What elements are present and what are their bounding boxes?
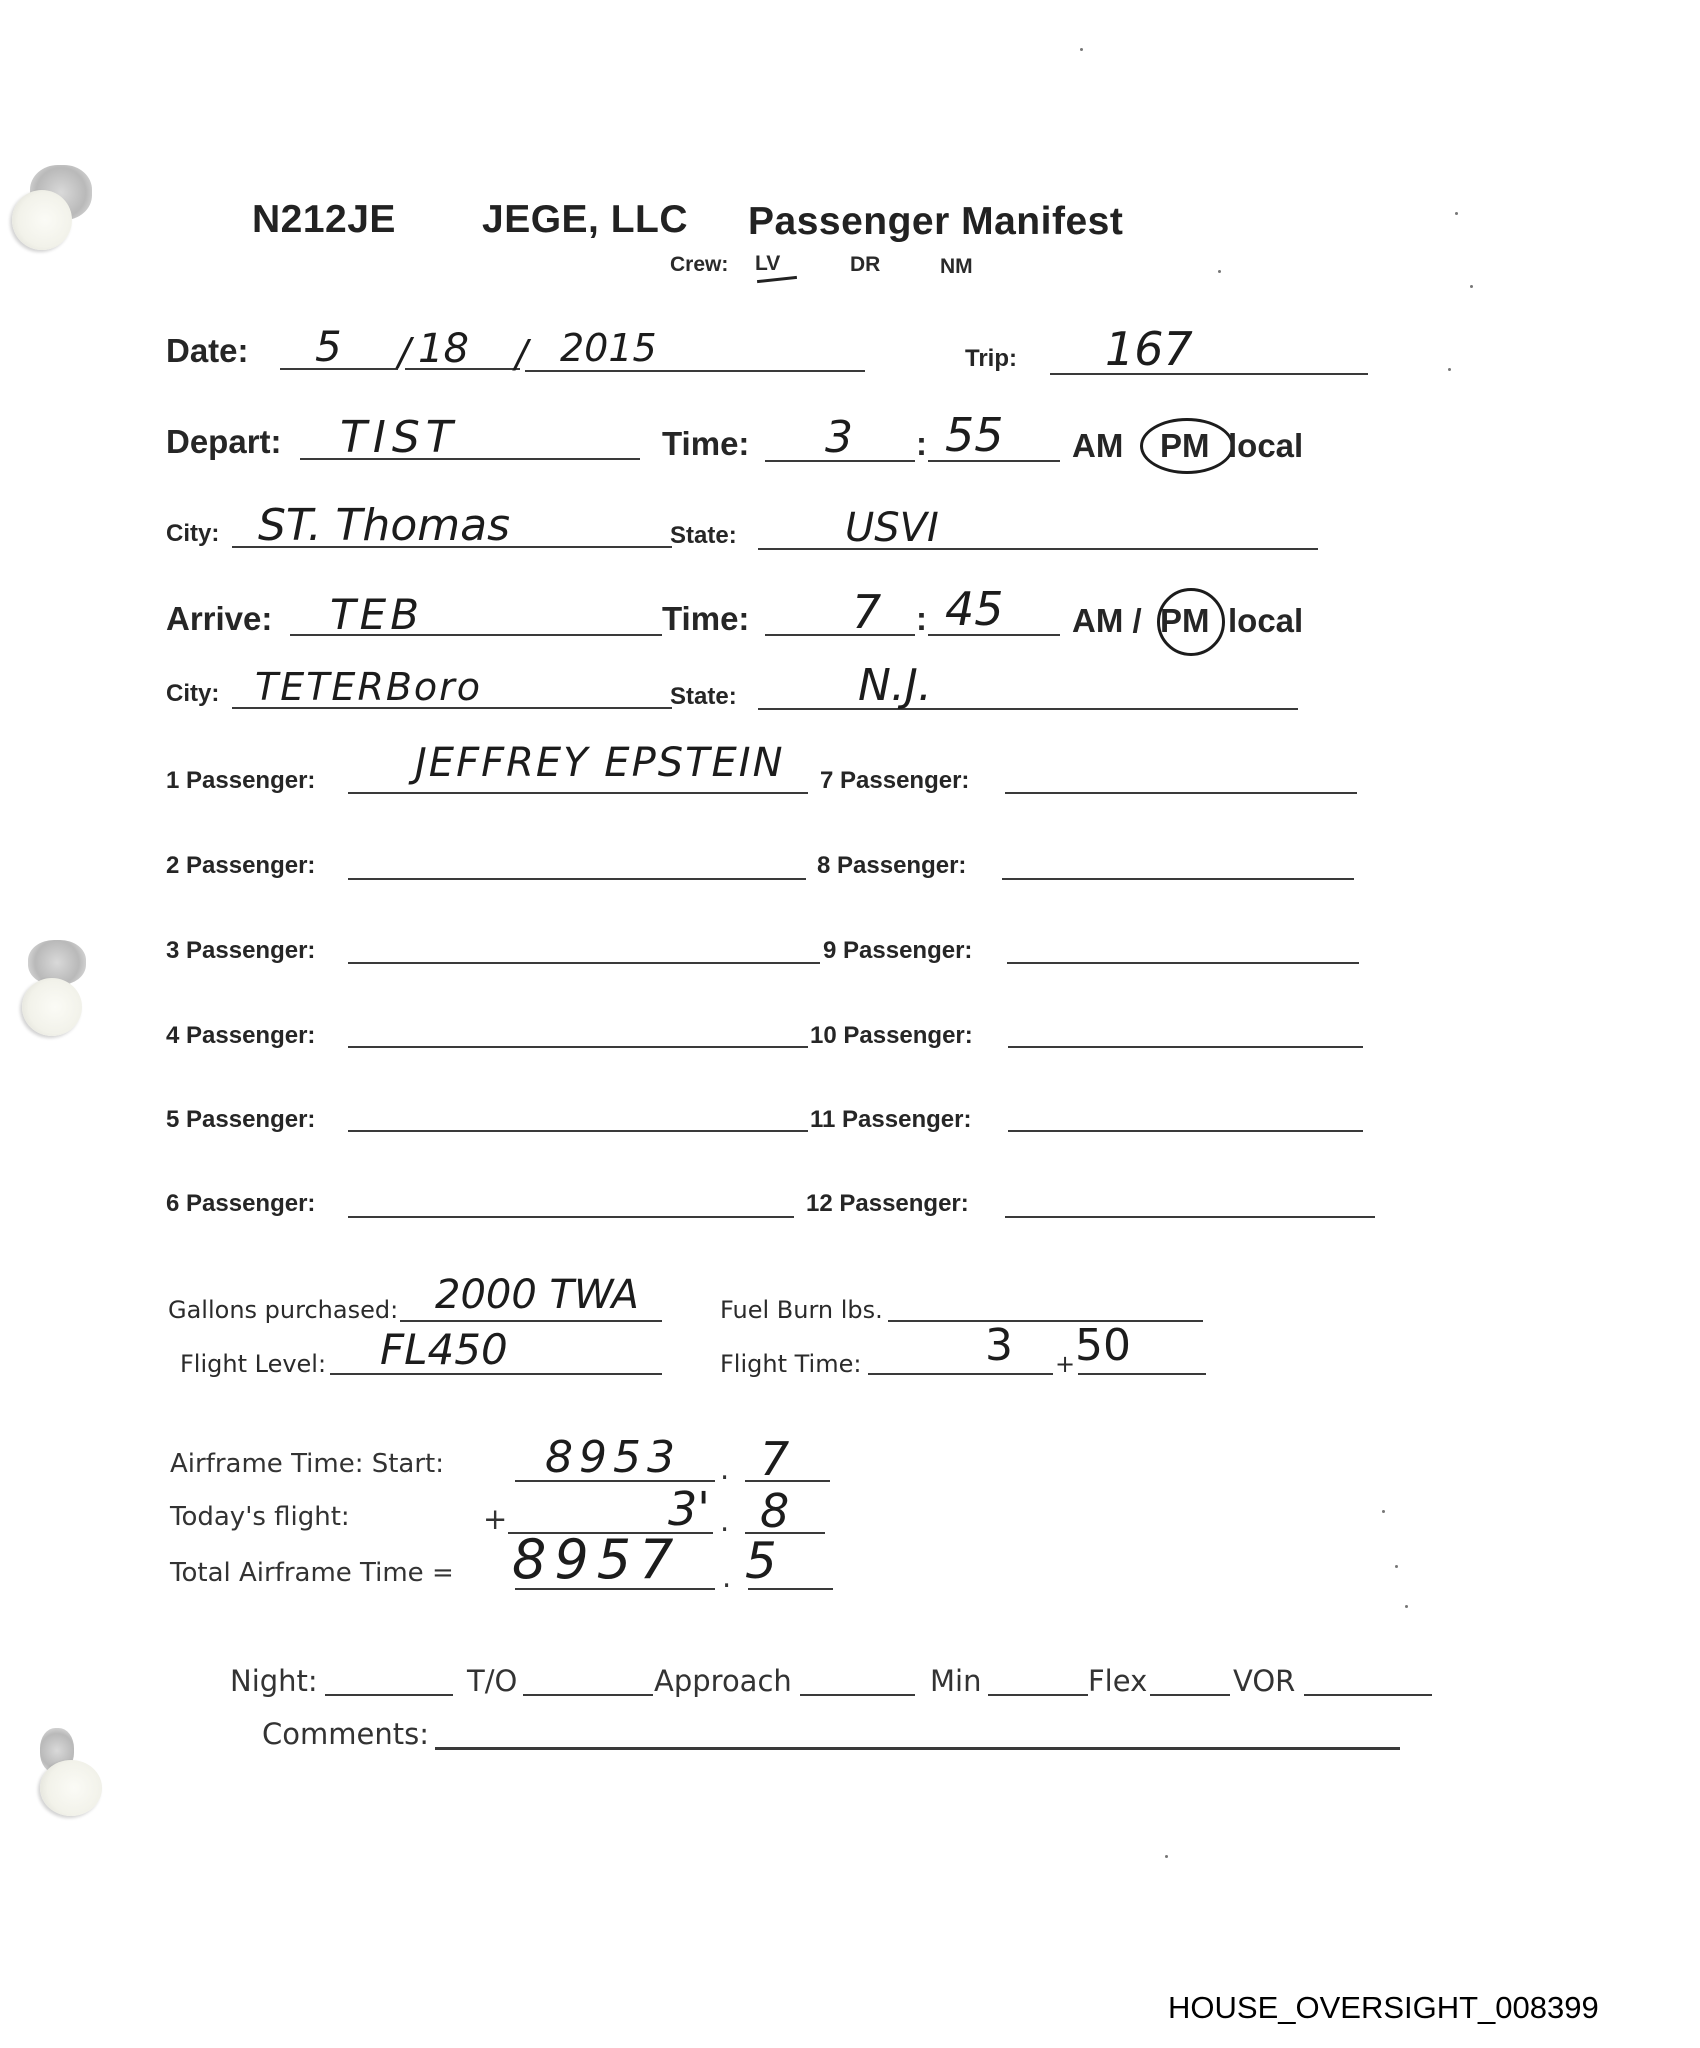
crew-option-dr[interactable]: DR xyxy=(850,253,880,277)
passenger-2-line[interactable] xyxy=(348,878,806,880)
passenger-9-line[interactable] xyxy=(1007,962,1359,964)
depart-state-label: State: xyxy=(670,522,737,550)
depart-pm-selected-circle xyxy=(1140,418,1234,474)
passenger-11-label: 11 Passenger: xyxy=(810,1106,971,1134)
night-label: Night: xyxy=(230,1664,318,1698)
scan-speck xyxy=(1448,368,1451,371)
flight-level-label: Flight Level: xyxy=(180,1350,326,1378)
arrive-pm-selected-circle xyxy=(1157,588,1225,656)
passenger-6-label: 6 Passenger: xyxy=(166,1190,315,1218)
depart-minute-value: 55 xyxy=(945,408,1004,462)
arrive-city-value: TETERBoro xyxy=(255,665,482,709)
airframe-start-label: Airframe Time: Start: xyxy=(170,1449,444,1479)
depart-time-label: Time: xyxy=(662,425,749,463)
min-label: Min xyxy=(930,1664,981,1698)
todays-flight-plus: + xyxy=(483,1502,507,1536)
passenger-6-line[interactable] xyxy=(348,1216,794,1218)
scan-speck xyxy=(1395,1565,1398,1568)
arrive-label: Arrive: xyxy=(166,600,272,638)
fuel-burn-line[interactable] xyxy=(888,1320,1203,1322)
arrive-state-value: N.J. xyxy=(858,660,932,711)
passenger-1-line[interactable] xyxy=(348,792,808,794)
vor-line[interactable] xyxy=(1304,1694,1432,1696)
passenger-7-label: 7 Passenger: xyxy=(820,767,969,795)
vor-label: VOR xyxy=(1233,1664,1295,1698)
arrive-time-colon: : xyxy=(916,600,927,638)
depart-local-label: local xyxy=(1228,427,1303,465)
date-year-line[interactable] xyxy=(525,370,865,372)
date-day-value: 18 xyxy=(418,326,469,372)
total-airframe-decimal: . xyxy=(722,1560,731,1594)
depart-state-line[interactable] xyxy=(758,548,1318,550)
flex-label: Flex xyxy=(1088,1664,1147,1698)
flight-time-minutes-value: 50 xyxy=(1075,1320,1131,1371)
depart-city-label: City: xyxy=(166,520,219,548)
to-label: T/O xyxy=(467,1664,517,1698)
trip-line[interactable] xyxy=(1050,373,1368,375)
flight-time-minutes-line[interactable] xyxy=(1078,1373,1206,1375)
total-airframe-label: Total Airframe Time = xyxy=(170,1558,454,1588)
hole-punch-bottom xyxy=(40,1760,102,1816)
scan-speck xyxy=(1218,270,1221,273)
todays-flight-decimal: . xyxy=(720,1504,729,1538)
arrive-local-label: local xyxy=(1228,602,1303,640)
gallons-line[interactable] xyxy=(400,1320,662,1322)
approach-line[interactable] xyxy=(800,1694,915,1696)
flight-time-hours-line[interactable] xyxy=(868,1373,1053,1375)
passenger-12-line[interactable] xyxy=(1005,1216,1375,1218)
night-line[interactable] xyxy=(325,1694,453,1696)
arrive-value: TEB xyxy=(330,590,423,639)
passenger-8-label: 8 Passenger: xyxy=(817,852,966,880)
scan-speck xyxy=(1455,212,1458,215)
passenger-9-label: 9 Passenger: xyxy=(823,937,972,965)
passenger-8-line[interactable] xyxy=(1002,878,1354,880)
passenger-4-label: 4 Passenger: xyxy=(166,1022,315,1050)
fuel-burn-label: Fuel Burn lbs. xyxy=(720,1296,883,1324)
todays-flight-label: Today's flight: xyxy=(170,1502,350,1532)
scan-speck xyxy=(1405,1605,1408,1608)
scan-speck xyxy=(1080,48,1083,51)
flight-time-label: Flight Time: xyxy=(720,1350,861,1378)
arrive-minute-value: 45 xyxy=(945,582,1004,636)
passenger-1-label: 1 Passenger: xyxy=(166,767,315,795)
depart-hour-value: 3 xyxy=(825,412,853,463)
company-name: JEGE, LLC xyxy=(482,198,688,242)
todays-flight-tenth-value: 8 xyxy=(760,1484,789,1538)
scan-speck xyxy=(1382,1510,1385,1513)
passenger-10-label: 10 Passenger: xyxy=(810,1022,973,1050)
crew-option-nm[interactable]: NM xyxy=(940,255,973,279)
trip-label: Trip: xyxy=(965,345,1017,373)
passenger-3-line[interactable] xyxy=(348,962,820,964)
flight-level-value: FL450 xyxy=(380,1325,508,1374)
arrive-state-line[interactable] xyxy=(758,708,1298,710)
passenger-4-line[interactable] xyxy=(348,1046,808,1048)
crew-label: Crew: xyxy=(670,253,728,277)
bates-number: HOUSE_OVERSIGHT_008399 xyxy=(1168,1990,1599,2026)
scan-speck xyxy=(1470,285,1473,288)
date-year-value: 2015 xyxy=(560,326,657,370)
arrive-time-label: Time: xyxy=(662,600,749,638)
flex-line[interactable] xyxy=(1150,1694,1230,1696)
passenger-12-label: 12 Passenger: xyxy=(806,1190,969,1218)
date-label: Date: xyxy=(166,332,249,370)
comments-label: Comments: xyxy=(262,1717,429,1751)
date-month-value: 5 xyxy=(315,322,342,371)
passenger-5-label: 5 Passenger: xyxy=(166,1106,315,1134)
passenger-11-line[interactable] xyxy=(1008,1130,1363,1132)
approach-label: Approach xyxy=(654,1664,792,1698)
gallons-label: Gallons purchased: xyxy=(168,1296,398,1324)
passenger-3-label: 3 Passenger: xyxy=(166,937,315,965)
depart-city-value: ST. Thomas xyxy=(258,500,510,551)
passenger-5-line[interactable] xyxy=(348,1130,808,1132)
min-line[interactable] xyxy=(988,1694,1088,1696)
arrive-am-option[interactable]: AM / xyxy=(1072,602,1142,640)
total-airframe-whole-value: 8957 xyxy=(512,1528,681,1591)
hole-punch-top xyxy=(12,190,72,250)
tail-number: N212JE xyxy=(252,198,396,242)
depart-label: Depart: xyxy=(166,423,282,461)
airframe-start-whole-value: 8953 xyxy=(545,1432,681,1483)
hole-punch-middle xyxy=(22,978,82,1036)
flight-time-hours-value: 3 xyxy=(985,1320,1013,1371)
crew-selected-underline xyxy=(757,276,797,283)
arrive-hour-line[interactable] xyxy=(765,634,915,636)
arrive-city-label: City: xyxy=(166,680,219,708)
passenger-1-value: JEFFREY EPSTEIN xyxy=(415,740,785,786)
depart-time-colon: : xyxy=(916,425,927,463)
depart-am-option[interactable]: AM xyxy=(1072,427,1123,465)
airframe-start-tenth-value: 7 xyxy=(760,1432,789,1486)
page-title: Passenger Manifest xyxy=(748,200,1123,244)
passenger-7-line[interactable] xyxy=(1005,792,1357,794)
flight-time-plus: + xyxy=(1055,1350,1075,1378)
passenger-10-line[interactable] xyxy=(1008,1046,1363,1048)
arrive-hour-value: 7 xyxy=(852,585,881,639)
airframe-start-decimal: . xyxy=(720,1452,729,1486)
to-line[interactable] xyxy=(523,1694,653,1696)
crew-option-lv[interactable]: LV xyxy=(755,252,780,276)
arrive-state-label: State: xyxy=(670,683,737,711)
comments-line[interactable] xyxy=(435,1747,1400,1750)
total-airframe-tenth-value: 5 xyxy=(745,1532,777,1590)
depart-value: TIST xyxy=(340,412,459,463)
depart-state-value: USVI xyxy=(845,505,939,551)
trip-value: 167 xyxy=(1105,322,1193,376)
scan-speck xyxy=(1165,1855,1168,1858)
passenger-2-label: 2 Passenger: xyxy=(166,852,315,880)
gallons-value: 2000 TWA xyxy=(435,1272,639,1318)
